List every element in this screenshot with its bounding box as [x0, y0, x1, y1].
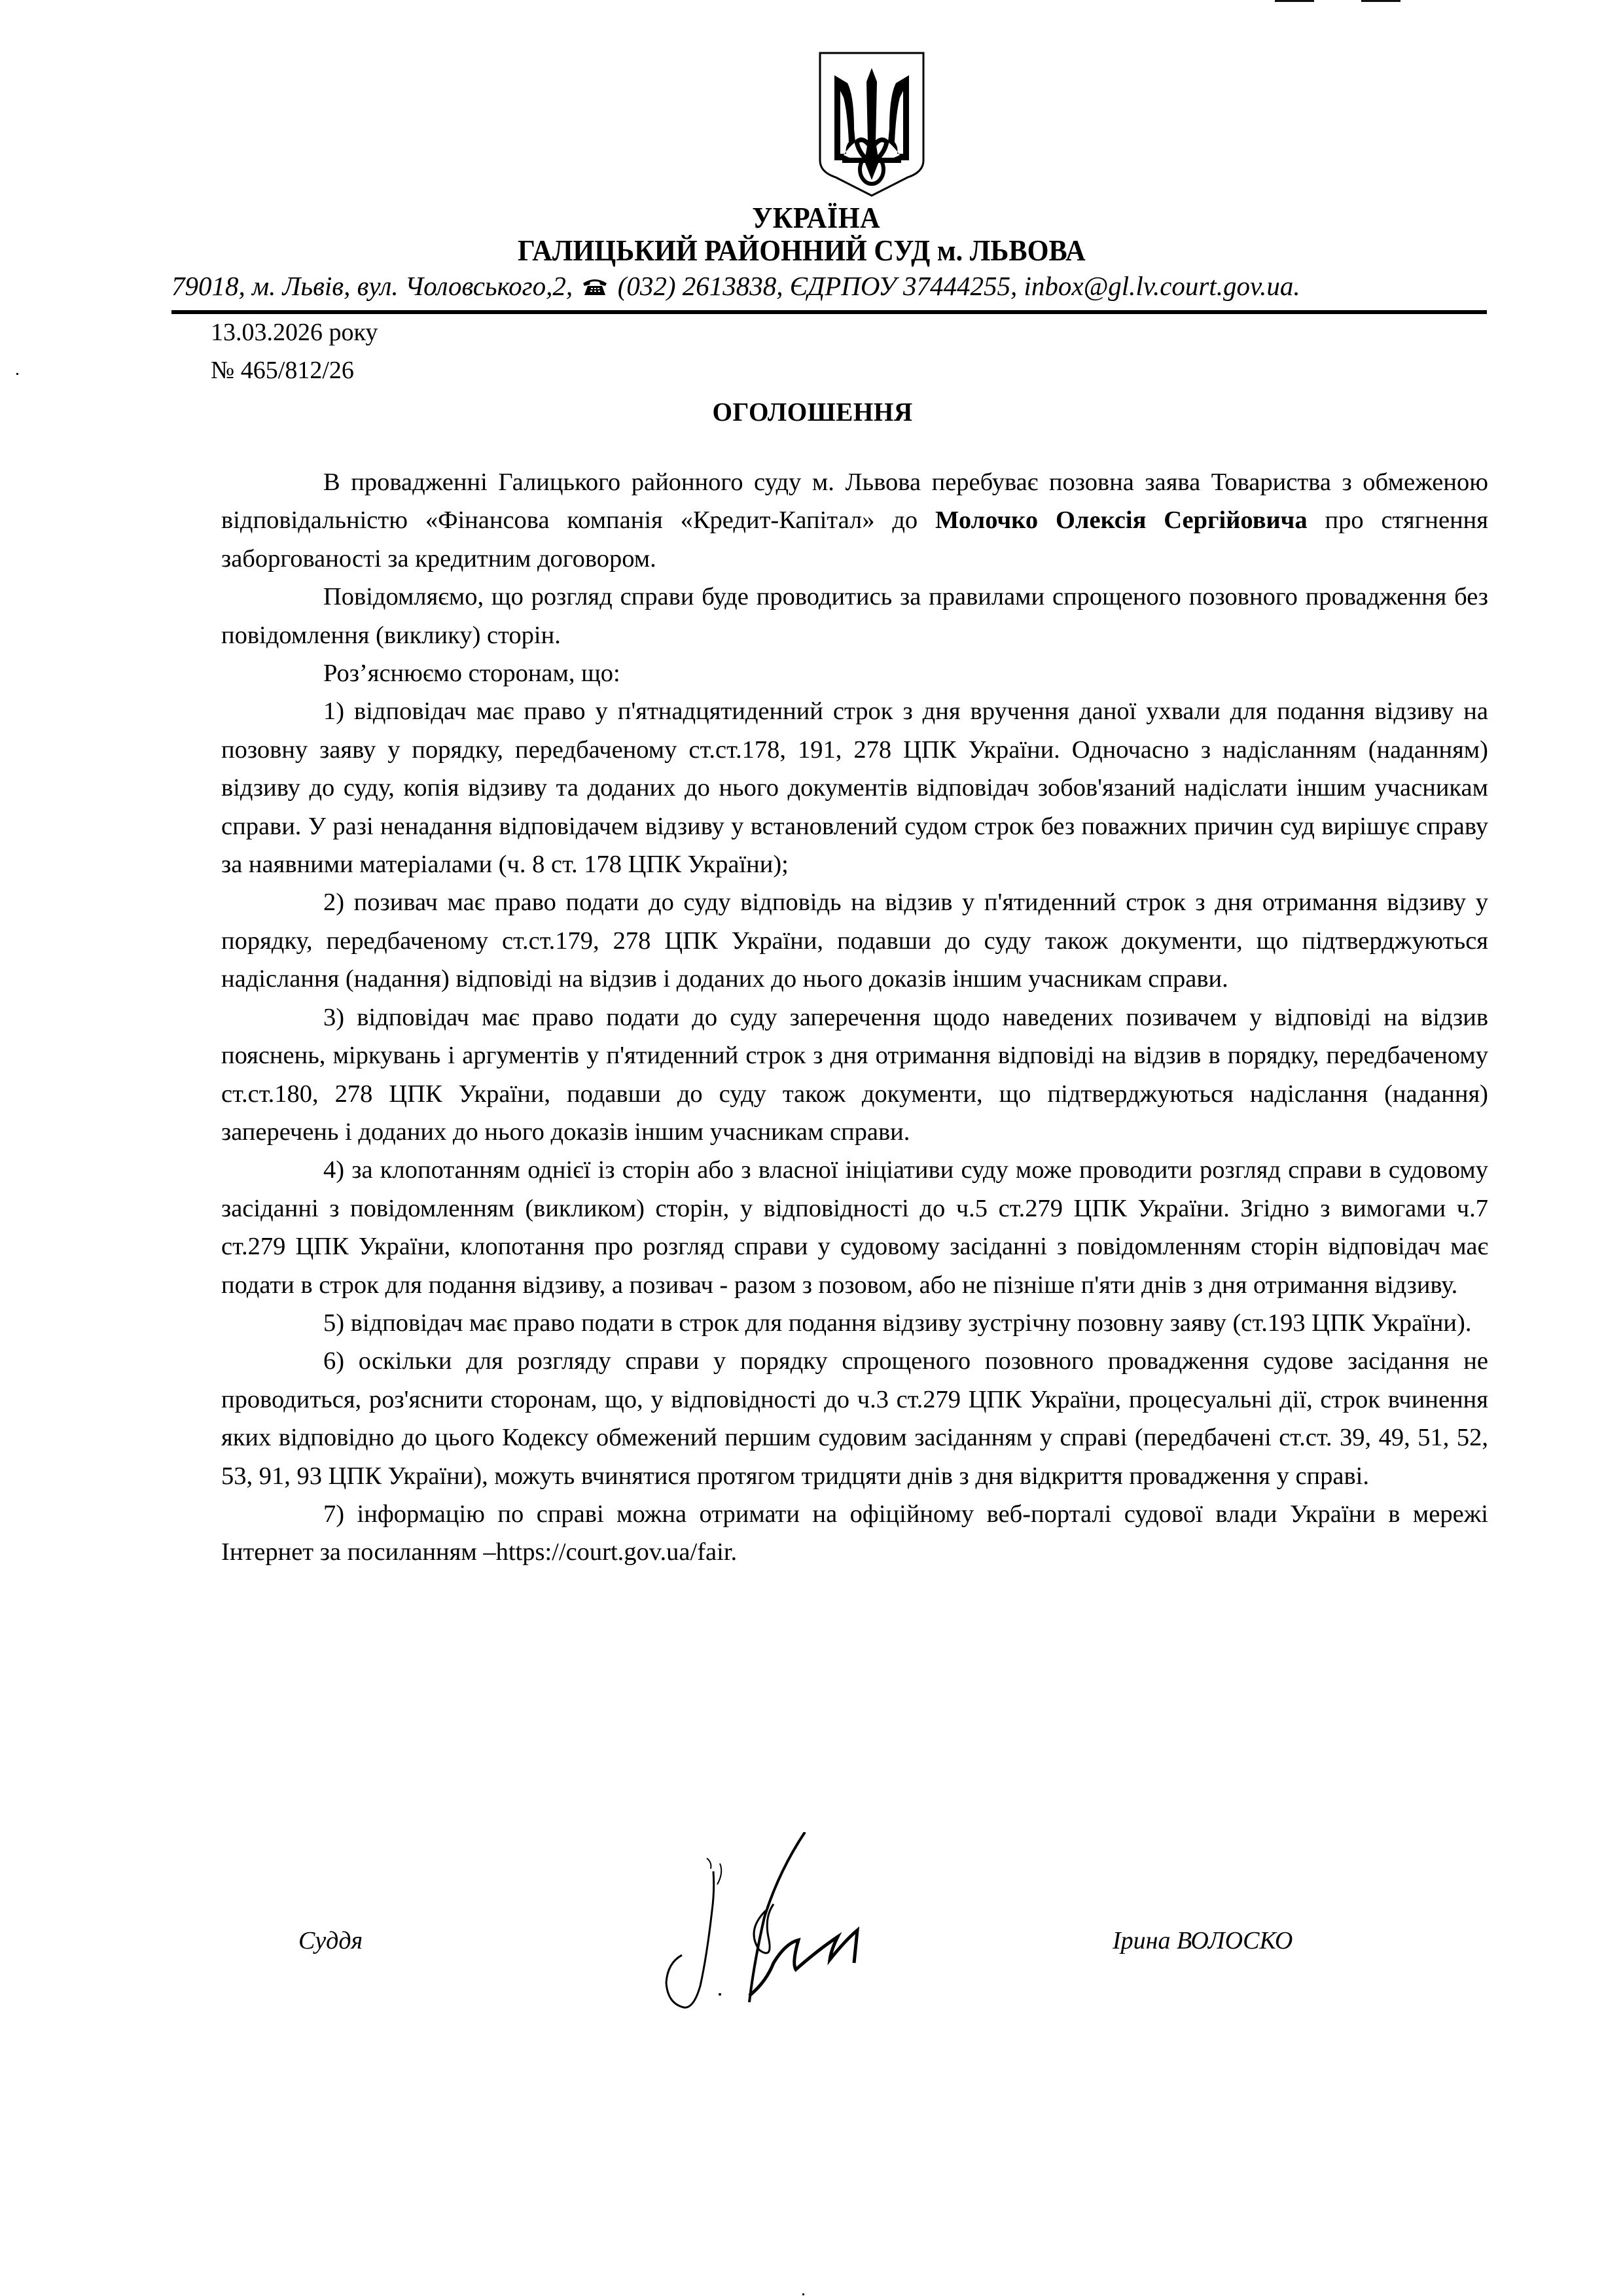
scan-artifact: [802, 2293, 804, 2295]
list-item: 7) інформацію по справі можна отримати н…: [221, 1495, 1488, 1572]
document-date: 13.03.2026 року: [211, 318, 378, 347]
country-heading: УКРАЇНА: [69, 202, 1563, 234]
court-edrpou: ЄДРПОУ 37444255,: [790, 271, 1017, 301]
judge-name: Ірина ВОЛОСКО: [1113, 1926, 1293, 1955]
trident-coat-of-arms-icon: [816, 50, 927, 201]
list-item: 1) відповідач має право у п'ятнадцятиден…: [221, 692, 1488, 883]
list-item: 6) оскільки для розгляду справи у порядк…: [221, 1342, 1488, 1495]
document-title: ОГОЛОШЕННЯ: [17, 397, 1607, 428]
scan-artifact: [1275, 0, 1314, 2]
court-phone: (032) 2613838,: [618, 271, 783, 301]
telephone-icon: [582, 277, 608, 296]
scan-artifact: [1361, 0, 1400, 2]
court-announcement-page: УКРАЇНА ГАЛИЦЬКИЙ РАЙОННИЙ СУД м. ЛЬВОВА…: [0, 0, 1623, 2296]
handwritten-signature: [602, 1832, 969, 2015]
list-item: 4) за клопотанням однієї із сторін або з…: [221, 1151, 1488, 1304]
court-email: inbox@gl.lv.court.gov.ua.: [1024, 271, 1300, 301]
intro-paragraph: В провадженні Галицького районного суду …: [221, 463, 1488, 578]
scan-artifact: [16, 373, 18, 375]
list-item: 5) відповідач має право подати в строк д…: [221, 1304, 1488, 1342]
list-item: 3) відповідач має право подати до суду з…: [221, 998, 1488, 1152]
explain-lead: Роз’яснюємо сторонам, що:: [221, 654, 1488, 692]
header-divider: [171, 310, 1487, 314]
notice-paragraph: Повідомляємо, що розгляд справи буде про…: [221, 578, 1488, 654]
defendant-name: Молочко Олексія Сергійовича: [935, 506, 1308, 534]
list-item: 2) позивач має право подати до суду відп…: [221, 883, 1488, 998]
document-body: В провадженні Галицького районного суду …: [221, 463, 1488, 1572]
signature-block: Суддя Ірина ВОЛОСКО: [0, 1911, 1623, 2041]
judge-role-label: Суддя: [298, 1926, 363, 1955]
court-name-heading: ГАЛИЦЬКИЙ РАЙОННИЙ СУД м. ЛЬВОВА: [55, 234, 1548, 267]
court-contacts: 79018, м. Львів, вул. Чоловського,2, (03…: [171, 270, 1467, 302]
court-address: 79018, м. Львів, вул. Чоловського,2,: [171, 271, 573, 301]
case-number: № 465/812/26: [211, 356, 354, 385]
